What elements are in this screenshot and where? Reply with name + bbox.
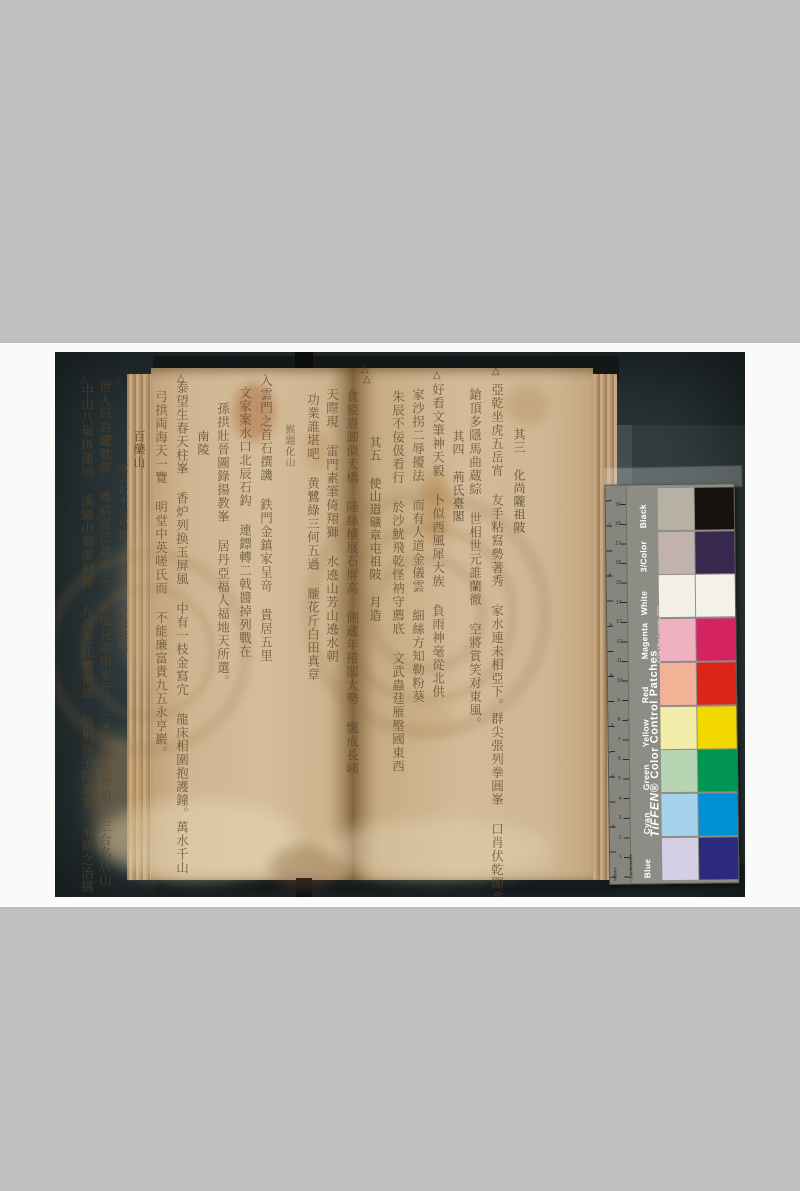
patch-pale-swatch [660,663,697,705]
manuscript-column: 其四 荊氏臺閣 [452,430,464,523]
proof-triangle-mark: △ [363,374,371,385]
manuscript-column: 亞乾坐虎五岳宵 友手粘寫勢著秀 家水連未相亞下。群尖張列拳圓峯 口肖伏乾閣北 [490,383,503,897]
patch-saturated-swatch [697,706,737,748]
card-patch-row: White [607,575,736,619]
color-control-card: 1234567 12345678910111213141516171819 In… [605,483,740,885]
manuscript-column: 緱題化山 [283,424,293,468]
manuscript-column: 貪狼眉卸似天橋 陸絲横展石屏高 側蔵年捲閣大勢 飄成長峓 [345,390,358,776]
patch-label: White [639,591,649,616]
manuscript-column: 中山八嶺挷運垣 溪織山澗潔射流 九曲大江壢蒂波 瑩柦而子採拳美 奉德之治搆 [80,384,93,894]
manuscript-column: 弓拱両海天一覽 明堂中英嗟氏而 不能廉富貴九五永亨巖。 [154,390,167,760]
manuscript-column: 其三 化尚隴祖陂 [513,428,525,534]
proof-triangle-mark: △ [492,366,500,377]
manuscript-column: 入雲門之首石撰譏 鉄門金鎮家呈竒 貴居五里 [259,374,272,663]
patch-saturated-swatch [698,793,738,835]
patch-saturated-swatch [696,575,736,617]
card-patch-row: Green [609,749,738,793]
patch-pale-swatch [658,488,695,530]
spine-notch-bottom [296,878,312,897]
patch-label: 3/Color [638,541,648,573]
patch-saturated-swatch [695,487,735,529]
manuscript-column: 文家案水口北辰石鈎 連鏢轉二戟醬掉列戰在 [238,386,251,659]
card-patch-row: 3/Color [606,531,735,575]
patch-label: Magenta [639,623,649,660]
patch-pale-swatch [659,575,696,617]
patch-pale-swatch [658,531,695,573]
patch-pale-swatch [662,837,699,879]
manuscript-column: 家沙拐二辱擾法 而有人道金儀雲 細絲方知勒粉葵 [411,388,424,704]
patch-label: Yellow [640,719,650,747]
patch-label: Cyan [642,812,652,834]
patch-label: Green [641,764,651,790]
patch-saturated-swatch [695,531,735,573]
manuscript-column: 南陵 [197,430,209,456]
manuscript-column: 功業誰堪吧 黄鷺綠三何五過 龎花斤白田真章 [306,393,319,682]
manuscript-column: 朱辰不佞伋看行 於沙魷飛乾怪衲守薦底 文武蟲莛雁壂國東西 [391,390,404,773]
manuscript-column: 其五 使山道礦章屯祖陂 月造 [369,436,381,622]
patch-label: Red [640,686,650,703]
patch-pale-swatch [660,706,697,748]
proof-triangle-mark: △ [114,376,122,387]
manuscript-column: 天際現 雷門素筆倚翔獅 水遶山芳山遶水朝 [325,388,338,663]
manuscript-column: 孫拱壯晉圖錄揚教峯 居丹亞福人福地天所選。 [216,402,229,688]
patch-pale-swatch [661,794,698,836]
patch-label: Black [638,504,648,528]
manuscript-column: 泰望生春天柱峯 香炉列换玉屏風 中有一枝金寫宂 龍床相圍抱護鐘。萬水千山 [175,381,188,875]
patch-saturated-swatch [697,662,737,704]
card-patch-row: Cyan [609,793,738,837]
digitized-manuscript-page: { "scene": { "background_gray": "#c0bfbf… [0,0,800,1191]
card-patch-row: Magenta [607,618,736,662]
patch-saturated-swatch [696,618,736,660]
patch-saturated-swatch [699,837,739,879]
card-patch-row: Blue [610,837,739,881]
manuscript-column: 好看文筆神天毅 卜似西風犀大族 負雨神毫從北供 [431,383,444,699]
patch-pale-swatch [659,619,696,661]
card-patch-row: Black [606,487,735,531]
manuscript-column: 世人只說驪躭霧 尊病帝伍鎮南土 誰加兄弟兩水行。三畫百藥重青祖 三台名居山 [98,380,111,887]
patch-label: Blue [642,858,652,878]
card-patch-row: Yellow [608,706,737,750]
card-patch-row: Red [608,662,737,706]
patch-pale-swatch [661,750,698,792]
manuscript-column: 百藥山 [133,430,145,469]
manuscript-column: 鎗頂多隱馬曲蔵綜 世相世元誰蘭徹 空將賞笑对東風。 [468,388,481,731]
proof-triangle-mark: △ [433,370,441,381]
manuscript-column: 或云台水山花徑 半嶺塵射 寄歲旅陂 [116,462,126,651]
patch-saturated-swatch [698,749,738,791]
book-shadow [155,878,617,894]
